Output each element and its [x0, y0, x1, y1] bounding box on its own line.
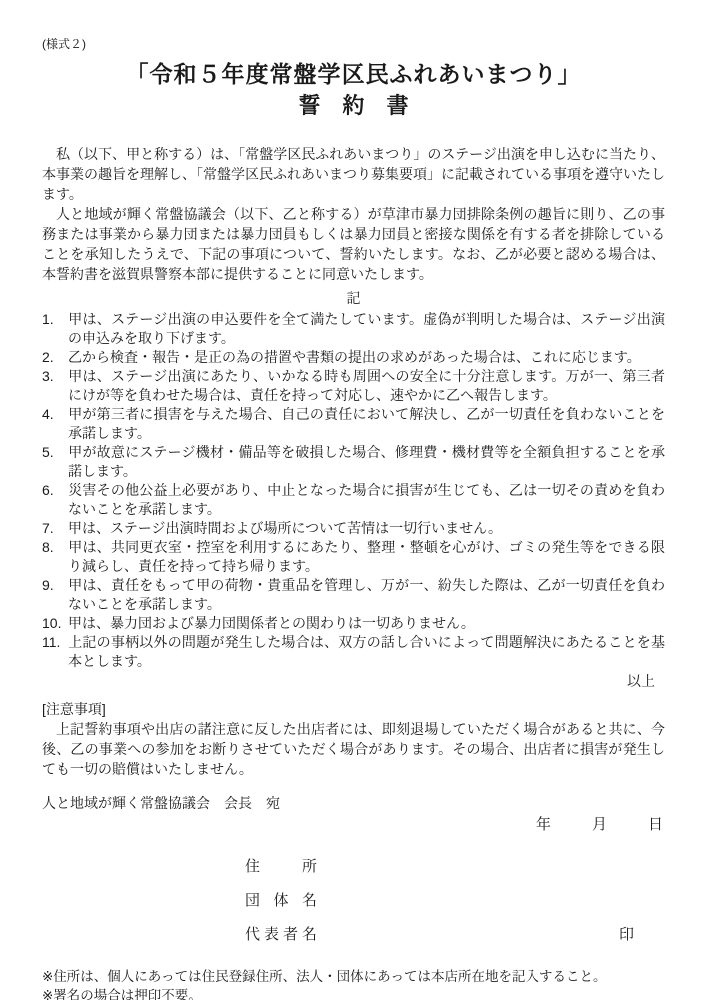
item-text: 甲が第三者に損害を与えた場合、自己の責任において解決し、乙が一切責任を負わないこ… [68, 406, 665, 441]
year-label: 年 [536, 815, 551, 835]
footnotes: ※住所は、個人にあっては住民登録住所、法人・団体にあっては本店所在地を記入するこ… [42, 967, 665, 1000]
pledge-item-8: 8.甲は、共同更衣室・控室を利用するにあたり、整理・整頓を心がけ、ゴミの発生等を… [42, 538, 665, 576]
item-number: 5. [42, 443, 68, 462]
signature-fields: 住所 団体名 代表者名 印 [42, 857, 665, 945]
preamble-paragraph-1: 私（以下、甲と称する）は、「常盤学区民ふれあいまつり」のステージ出演を申し込むに… [42, 144, 665, 204]
item-number: 6. [42, 481, 68, 500]
form-number: (様式２) [42, 36, 665, 52]
pledge-form-page: (様式２) 「令和５年度常盤学区民ふれあいまつり」 誓 約 書 私（以下、甲と称… [0, 0, 707, 1000]
item-number: 3. [42, 367, 68, 386]
item-number: 1. [42, 310, 68, 329]
pledge-item-9: 9.甲は、責任をもって甲の荷物・貴重品を管理し、万が一、紛失した際は、乙が一切責… [42, 576, 665, 614]
item-text: 上記の事柄以外の問題が発生した場合は、双方の話し合いによって問題解決にあたること… [68, 634, 665, 669]
date-line: 年 月 日 [42, 815, 665, 835]
item-number: 11. [42, 633, 68, 652]
preamble-paragraph-2: 人と地域が輝く常盤協議会（以下、乙と称する）が草津市暴力団排除条例の趣旨に則り、… [42, 204, 665, 284]
list-heading: 記 [42, 288, 665, 308]
item-text: 甲は、ステージ出演にあたり、いかなる時も周囲への安全に十分注意します。万が一、第… [68, 368, 665, 403]
item-text: 甲は、責任をもって甲の荷物・貴重品を管理し、万が一、紛失した際は、乙が一切責任を… [68, 577, 665, 612]
footnote-2: ※署名の場合は押印不要。 [42, 986, 665, 1000]
month-label: 月 [592, 815, 607, 835]
pledge-item-11: 11.上記の事柄以外の問題が発生した場合は、双方の話し合いによって問題解決にあた… [42, 633, 665, 671]
address-field-row: 住所 [42, 857, 665, 877]
pledge-list: 1.甲は、ステージ出演の申込要件を全て満たしています。虚偽が判明した場合は、ステ… [42, 310, 665, 671]
pledge-item-6: 6.災害その他公益上必要があり、中止となった場合に損害が生じても、乙は一切その責… [42, 481, 665, 519]
pledge-item-5: 5.甲が故意にステージ機材・備品等を破損した場合、修理費・機材費等を全額負担する… [42, 443, 665, 481]
pledge-item-1: 1.甲は、ステージ出演の申込要件を全て満たしています。虚偽が判明した場合は、ステ… [42, 310, 665, 348]
representative-field-row: 代表者名 印 [42, 925, 665, 945]
representative-field-label: 代表者名 [245, 925, 317, 945]
item-text: 甲は、共同更衣室・控室を利用するにあたり、整理・整頓を心がけ、ゴミの発生等をでき… [68, 539, 665, 574]
day-label: 日 [648, 815, 663, 835]
item-number: 4. [42, 405, 68, 424]
item-number: 8. [42, 538, 68, 557]
pledge-item-10: 10.甲は、暴力団および暴力団関係者との関わりは一切ありません。 [42, 614, 665, 633]
pledge-item-4: 4.甲が第三者に損害を与えた場合、自己の責任において解決し、乙が一切責任を負わな… [42, 405, 665, 443]
addressee-line: 人と地域が輝く常盤協議会 会長 宛 [42, 793, 665, 813]
organization-field-row: 団体名 [42, 891, 665, 911]
notice-body: 上記誓約事項や出店の諸注意に反した出店者には、即刻退場していただく場合があると共… [42, 719, 665, 779]
document-subtitle: 誓 約 書 [42, 92, 665, 120]
item-number: 10. [42, 614, 68, 633]
pledge-item-3: 3.甲は、ステージ出演にあたり、いかなる時も周囲への安全に十分注意します。万が一… [42, 367, 665, 405]
item-text: 甲は、ステージ出演の申込要件を全て満たしています。虚偽が判明した場合は、ステージ… [68, 311, 665, 346]
seal-mark: 印 [619, 925, 634, 945]
item-text: 甲は、ステージ出演時間および場所について苦情は一切行いません。 [68, 520, 502, 536]
preamble: 私（以下、甲と称する）は、「常盤学区民ふれあいまつり」のステージ出演を申し込むに… [42, 144, 665, 284]
pledge-item-2: 2.乙から検査・報告・是正の為の措置や書類の提出の求めがあった場合は、これに応じ… [42, 348, 665, 367]
document-title: 「令和５年度常盤学区民ふれあいまつり」 [42, 60, 665, 88]
item-text: 災害その他公益上必要があり、中止となった場合に損害が生じても、乙は一切その責めを… [68, 482, 665, 517]
item-number: 7. [42, 519, 68, 538]
item-text: 乙から検査・報告・是正の為の措置や書類の提出の求めがあった場合は、これに応じます… [68, 349, 641, 365]
item-number: 9. [42, 576, 68, 595]
closing-marker: 以上 [42, 671, 665, 691]
organization-field-label: 団体名 [245, 891, 317, 911]
notice-heading: [注意事項] [42, 699, 665, 719]
address-field-label: 住所 [245, 857, 317, 877]
item-number: 2. [42, 348, 68, 367]
item-text: 甲は、暴力団および暴力団関係者との関わりは一切ありません。 [68, 615, 475, 631]
footnote-1: ※住所は、個人にあっては住民登録住所、法人・団体にあっては本店所在地を記入するこ… [42, 967, 665, 986]
pledge-item-7: 7.甲は、ステージ出演時間および場所について苦情は一切行いません。 [42, 519, 665, 538]
item-text: 甲が故意にステージ機材・備品等を破損した場合、修理費・機材費等を全額負担すること… [68, 444, 665, 479]
